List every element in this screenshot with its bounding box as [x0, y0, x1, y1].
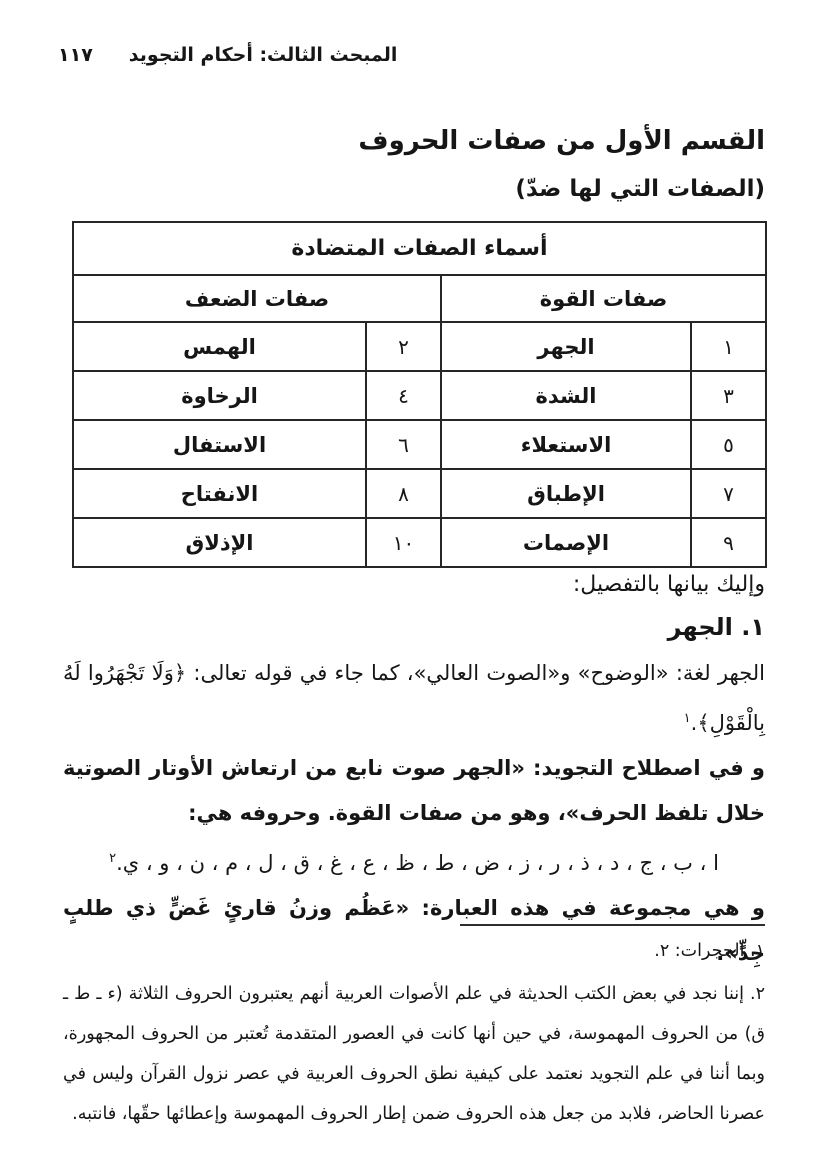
weakness-number: ٤ [366, 371, 441, 420]
strength-number: ٣ [691, 371, 766, 420]
table-caption: أسماء الصفات المتضادة [73, 222, 766, 275]
weakness-number: ٢ [366, 322, 441, 371]
strength-name: الاستعلاء [441, 420, 691, 469]
strength-number: ٩ [691, 518, 766, 567]
table-row: ٧ الإطباق ٨ الانفتاح [73, 469, 766, 518]
table-row: ٣ الشدة ٤ الرخاوة [73, 371, 766, 420]
footnote-item: ١. الحجرات: ٢. [63, 934, 765, 968]
weakness-name: الانفتاح [73, 469, 366, 518]
running-header: المبحث الثالث: أحكام التجويد ١١٧ [58, 44, 397, 66]
footnote-mark-1: ١ [684, 711, 691, 726]
weakness-name: الهمس [73, 322, 366, 371]
jahr-letters-list: ا ، ب ، ج ، د ، ذ ، ر ، ز ، ض ، ط ، ظ ، … [63, 836, 765, 886]
footnote-item: ٢. إننا نجد في بعض الكتب الحديثة في علم … [63, 974, 765, 1134]
weakness-name: الإذلاق [73, 518, 366, 567]
strength-name: الإطباق [441, 469, 691, 518]
table-row: ١ الجهر ٢ الهمس [73, 322, 766, 371]
weakness-name: الاستفال [73, 420, 366, 469]
table-caption-row: أسماء الصفات المتضادة [73, 222, 766, 275]
strength-number: ٧ [691, 469, 766, 518]
weakness-number: ٦ [366, 420, 441, 469]
letters-text: ا ، ب ، ج ، د ، ذ ، ر ، ز ، ض ، ط ، ظ ، … [116, 851, 719, 875]
contrast-attributes-table: أسماء الصفات المتضادة صفات القوة صفات ال… [72, 221, 767, 568]
footnote-mark-2: ٢ [109, 851, 116, 866]
table-row: ٩ الإصمات ١٠ الإذلاق [73, 518, 766, 567]
jahr-linguistic-definition: الجهر لغة: «الوضوح» و«الصوت العالي»، كما… [186, 661, 765, 685]
jahr-heading: ١. الجهر [63, 613, 765, 641]
strength-name: الإصمات [441, 518, 691, 567]
strength-number: ١ [691, 322, 766, 371]
body-text: وإليك بيانها بالتفصيل: ١. الجهر الجهر لغ… [63, 572, 765, 976]
book-page: المبحث الثالث: أحكام التجويد ١١٧ القسم ا… [0, 0, 835, 1169]
chapter-title: المبحث الثالث: أحكام التجويد [129, 44, 398, 66]
section-title: القسم الأول من صفات الحروف [358, 126, 765, 156]
detail-intro-line: وإليك بيانها بالتفصيل: [63, 572, 765, 597]
footnote-separator [460, 924, 765, 926]
jahr-definition-paragraph: الجهر لغة: «الوضوح» و«الصوت العالي»، كما… [63, 651, 765, 746]
strength-name: الجهر [441, 322, 691, 371]
strength-number: ٥ [691, 420, 766, 469]
table-row: ٥ الاستعلاء ٦ الاستفال [73, 420, 766, 469]
section-subtitle: (الصفات التي لها ضدّ) [515, 176, 765, 202]
weakness-name: الرخاوة [73, 371, 366, 420]
page-number: ١١٧ [58, 44, 93, 66]
weakness-number: ١٠ [366, 518, 441, 567]
table-header-row: صفات القوة صفات الضعف [73, 275, 766, 322]
weakness-column-header: صفات الضعف [73, 275, 441, 322]
strength-name: الشدة [441, 371, 691, 420]
footnotes-section: ١. الحجرات: ٢. ٢. إننا نجد في بعض الكتب … [63, 924, 765, 1134]
strength-column-header: صفات القوة [441, 275, 766, 322]
weakness-number: ٨ [366, 469, 441, 518]
jahr-terminology-paragraph: و في اصطلاح التجويد: «الجهر صوت نابع من … [63, 746, 765, 836]
